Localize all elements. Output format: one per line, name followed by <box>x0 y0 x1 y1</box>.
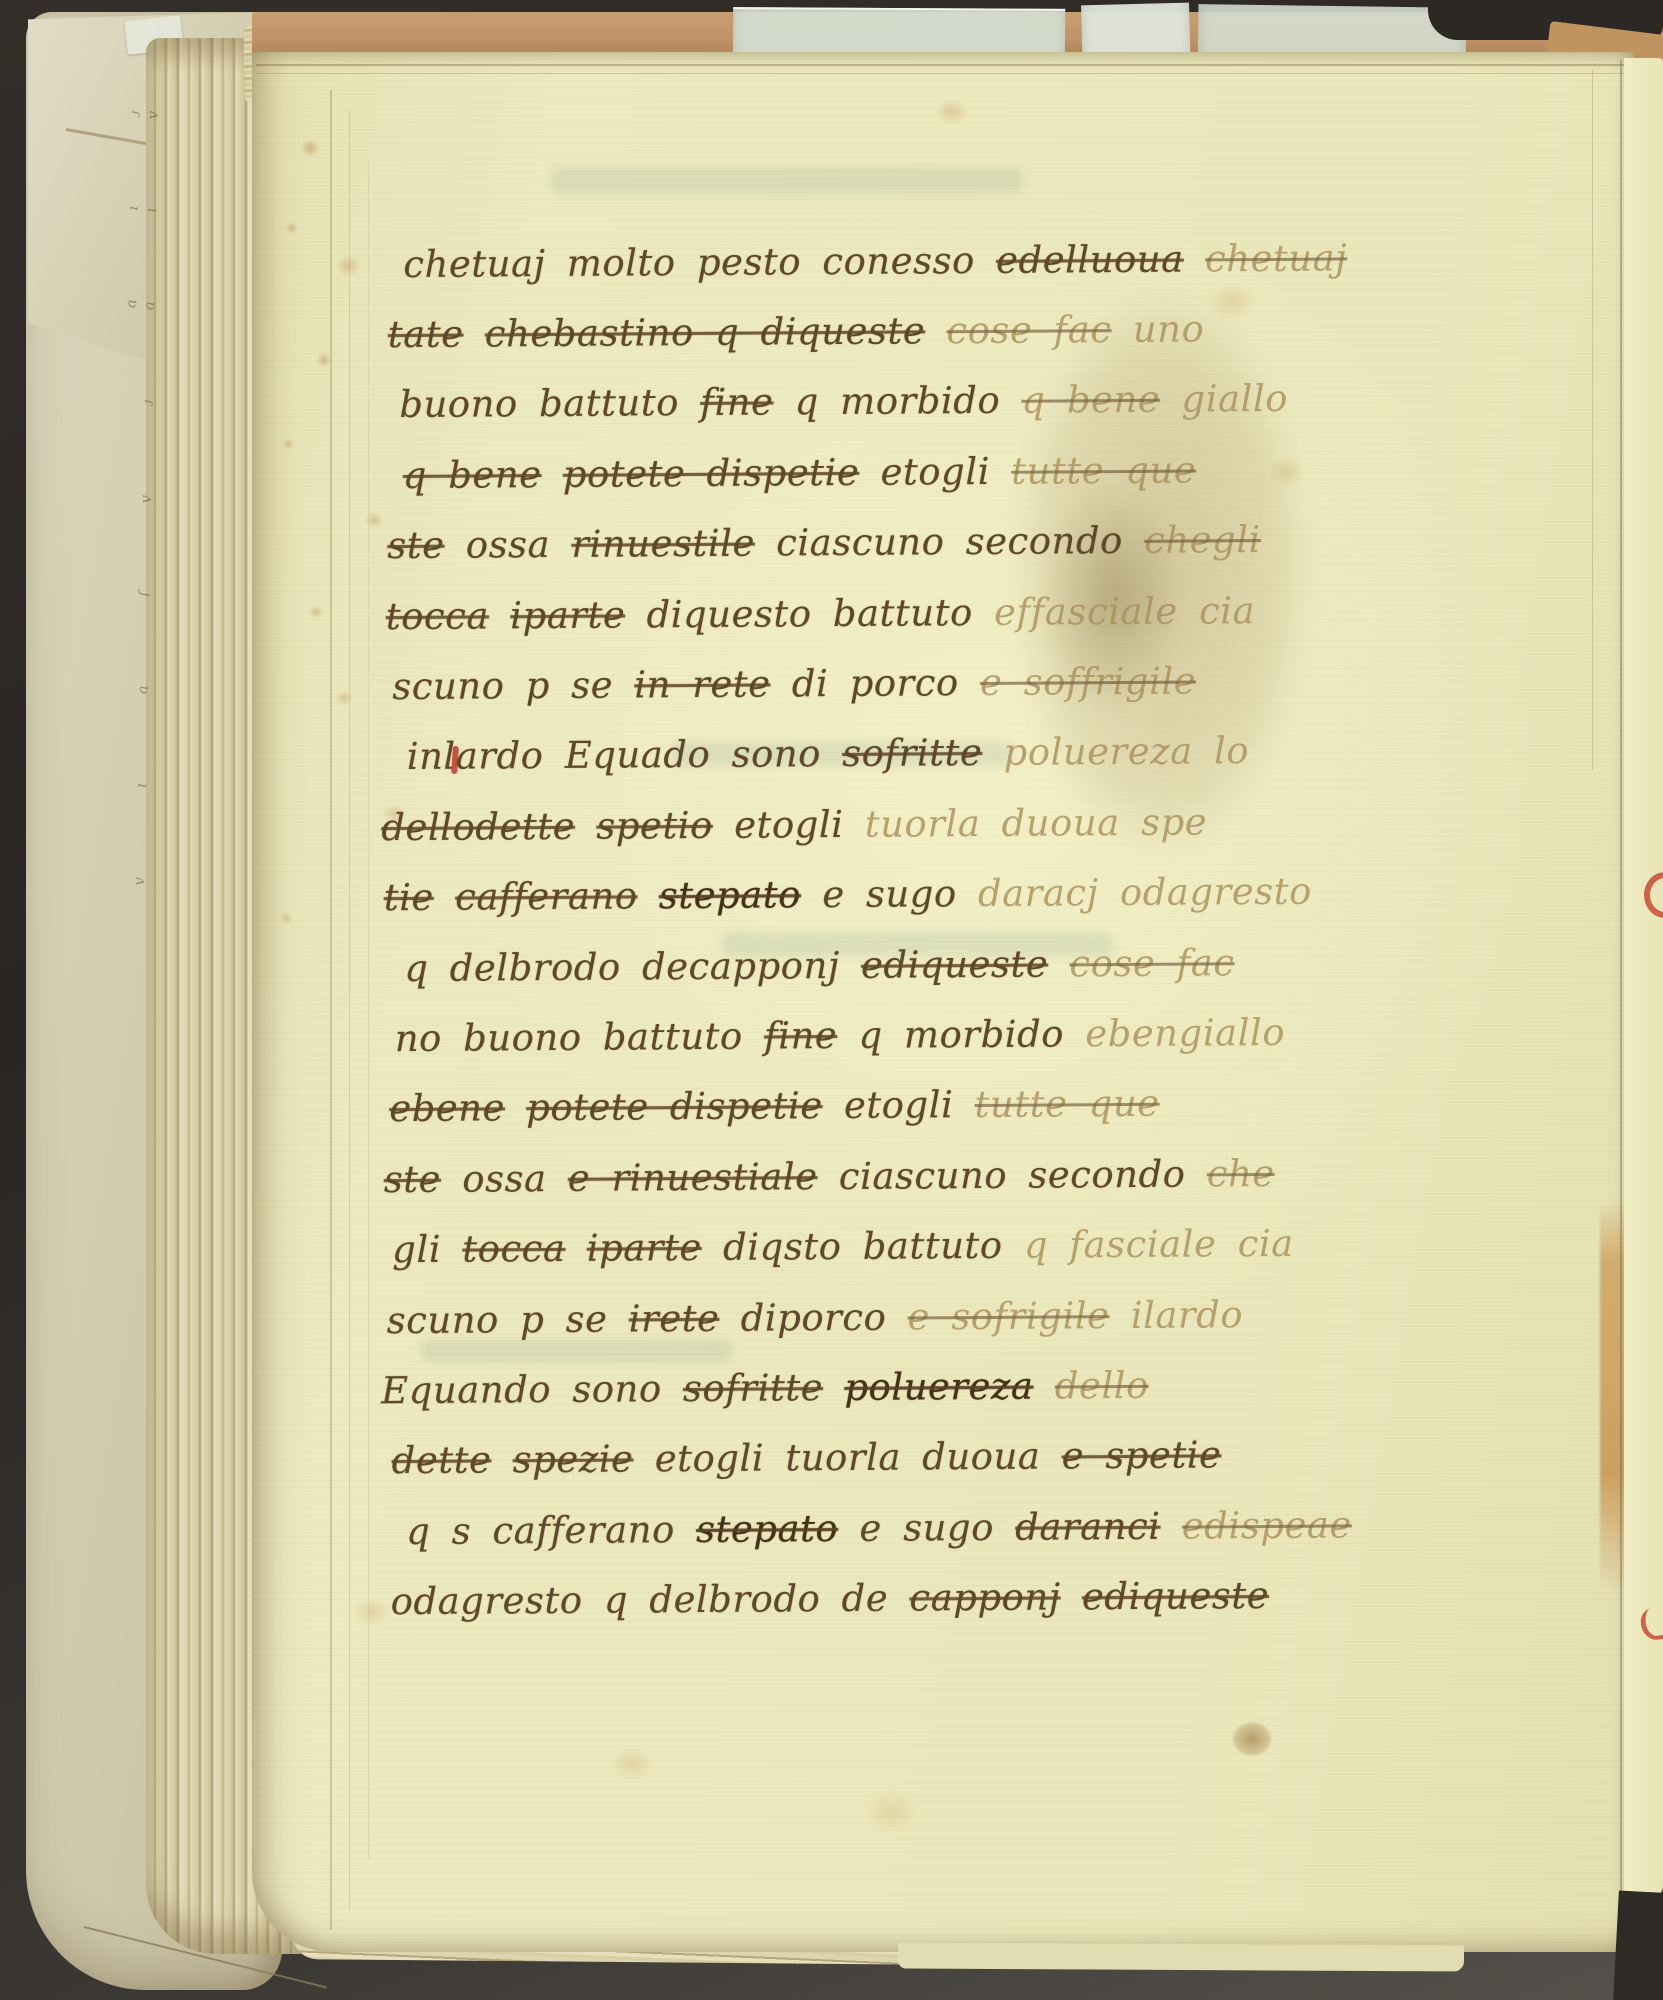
manuscript-line: gli tocca iparte diqsto battuto q fascia… <box>392 1208 1280 1285</box>
manuscript-word-segment: tocca <box>386 594 489 638</box>
manuscript-word-segment <box>575 804 597 847</box>
manuscript-word-segment: e soffrigile <box>980 660 1196 705</box>
manuscript-line: q delbrodo decapponj ediqueste cose fac <box>404 927 1278 1003</box>
manuscript-word-segment: q delbrodo decapponj <box>404 943 861 989</box>
manuscript-word-segment: ste <box>387 524 445 567</box>
gutter-fold-line <box>368 160 369 1860</box>
manuscript-word-segment <box>565 1227 587 1270</box>
manuscript-word-segment: giallo <box>1160 377 1288 421</box>
manuscript-line: ebene potete dispetie etogli tutte que <box>389 1068 1279 1145</box>
manuscript-word-segment: etogli tuorla duoua <box>633 1435 1061 1481</box>
manuscript-word-segment: stepato <box>659 873 801 917</box>
right-fold-crease <box>1592 70 1593 770</box>
manuscript-word-segment: e sugo <box>801 872 978 916</box>
manuscript-word-segment: spetio <box>596 804 713 848</box>
bottom-page-lip <box>898 1943 1464 1972</box>
manuscript-word-segment: ciascuno secondo <box>817 1152 1207 1198</box>
manuscript-word-segment: q fasciale cia <box>1024 1222 1294 1267</box>
manuscript-word-segment: dellodette <box>381 805 575 849</box>
manuscript-line: tie cafferano stepato e sugo daracj odag… <box>384 856 1278 933</box>
manuscript-line: scuno p se irete diporco e sofrigile ila… <box>386 1279 1280 1356</box>
manuscript-word-segment: diquesto battuto <box>625 591 994 637</box>
manuscript-word-segment: etogli <box>823 1083 975 1127</box>
manuscript-word-segment: iparte <box>587 1226 702 1270</box>
manuscript-word-segment: poluereza <box>844 1365 1033 1409</box>
manuscript-word-segment <box>463 313 485 356</box>
manuscript-line: Equando sono sofritte poluereza dello <box>381 1349 1281 1426</box>
manuscript-word-segment: tie <box>384 876 434 919</box>
manuscript-word-segment: edelluoua <box>996 237 1184 281</box>
manuscript-word-segment: iparte <box>510 593 625 637</box>
manuscript-word-segment: e spetie <box>1061 1434 1221 1478</box>
manuscript-line: dette spezie etogli tuorla duoua e speti… <box>391 1420 1281 1497</box>
manuscript-word-segment: potete dispetie <box>526 1084 823 1129</box>
manuscript-word-segment: ediqueste <box>1082 1574 1269 1618</box>
manuscript-word-segment: e sofrigile <box>907 1294 1109 1338</box>
manuscript-word-segment: irete <box>629 1296 720 1340</box>
manuscript-word-segment <box>982 731 1004 774</box>
manuscript-word-segment: fine <box>764 1014 838 1058</box>
horizontal-crease <box>256 73 1636 74</box>
manuscript-word-segment: che <box>1207 1152 1275 1195</box>
gutter-fold-line <box>330 90 332 1930</box>
manuscript-word-segment <box>925 309 947 352</box>
manuscript-line: tate chebastino q diqueste cose fac uno <box>388 293 1274 370</box>
manuscript-word-segment: ebengiallo <box>1085 1011 1285 1055</box>
manuscript-word-segment: diqsto battuto <box>702 1224 1024 1269</box>
manuscript-word-segment: rinuestile <box>571 522 755 566</box>
manuscript-word-segment: e rinuestiale <box>568 1155 818 1200</box>
manuscript-word-segment <box>1048 942 1070 985</box>
manuscript-line: chetuaj molto pesto conesso edelluoua ch… <box>403 223 1273 299</box>
manuscript-word-segment: ciascuno secondo <box>755 519 1145 565</box>
manuscript-word-segment: stepato <box>696 1507 838 1551</box>
manuscript-line: inlardo Equado sono sofritte poluereza l… <box>407 716 1277 792</box>
manuscript-word-segment <box>1160 1504 1182 1547</box>
bottom-right-gap <box>1613 1891 1663 2000</box>
manuscript-word-segment: poluereza lo <box>1003 730 1249 775</box>
manuscript-word-segment <box>1184 237 1206 280</box>
manuscript-word-segment: spezie <box>513 1438 634 1482</box>
manuscript-word-segment: q morbido <box>773 379 1021 424</box>
right-fold-crease <box>1620 60 1622 1920</box>
manuscript-word-segment: sofritte <box>842 731 982 775</box>
manuscript-word-segment: scuno p se <box>392 663 634 708</box>
ink-bleedthrough <box>552 168 1022 194</box>
manuscript-word-segment: ebene <box>389 1087 505 1131</box>
manuscript-word-segment: odagresto q delbrodo de <box>391 1577 910 1624</box>
manuscript-word-segment <box>489 594 511 637</box>
manuscript-word-segment: q morbido <box>837 1012 1085 1057</box>
manuscript-word-segment: e sugo <box>838 1505 1015 1549</box>
manuscript-word-segment: gli <box>392 1228 462 1271</box>
manuscript-word-segment: cose fac <box>946 308 1111 352</box>
manuscript-word-segment: potete dispetie <box>563 451 860 496</box>
manuscript-word-segment: etogli <box>713 803 865 847</box>
manuscript-line: dellodette spetio etogli tuorla duoua sp… <box>381 786 1277 863</box>
manuscript-word-segment: sofritte <box>683 1366 823 1410</box>
manuscript-word-segment: effasciale cia <box>994 589 1255 634</box>
manuscript-word-segment: cafferano <box>455 875 638 919</box>
manuscript-photo: ʌ ı ʋ ɾ ʌ ȷ ʋ ı ʌ ɾ ı ʋ chetuaj molto pe… <box>0 0 1663 2000</box>
manuscript-word-segment: chegli <box>1144 518 1261 562</box>
manuscript-word-segment: q s cafferano <box>406 1508 696 1553</box>
manuscript-word-segment: in rete <box>634 662 771 706</box>
manuscript-word-segment: ediqueste <box>861 942 1048 986</box>
manuscript-word-segment: buono battuto <box>399 381 700 426</box>
horizontal-crease <box>256 64 1656 66</box>
manuscript-word-segment: chetuaj <box>1205 236 1347 280</box>
manuscript-word-segment: tutte que <box>974 1082 1159 1126</box>
gutter-fold-line <box>349 110 350 1910</box>
manuscript-word-segment: dello <box>1055 1364 1149 1408</box>
manuscript-word-segment: no buono battuto <box>395 1015 765 1061</box>
manuscript-word-segment: q bene <box>403 453 542 497</box>
manuscript-word-segment: edispeae <box>1182 1503 1352 1547</box>
manuscript-word-segment: di porco <box>770 661 980 705</box>
manuscript-line: q s cafferano stepato e sugo daranci edi… <box>406 1490 1282 1567</box>
manuscript-word-segment: uno <box>1111 308 1204 352</box>
manuscript-word-segment <box>505 1087 527 1130</box>
manuscript-word-segment <box>637 874 659 917</box>
manuscript-word-segment <box>823 1366 845 1409</box>
manuscript-word-segment <box>491 1439 513 1482</box>
manuscript-line: buono battuto fine q morbido q bene gial… <box>399 364 1274 440</box>
manuscript-word-segment: capponj <box>909 1576 1061 1620</box>
manuscript-word-segment <box>1061 1575 1083 1618</box>
manuscript-word-segment: diporco <box>719 1295 907 1339</box>
manuscript-word-segment: daracj odagresto <box>978 870 1312 915</box>
manuscript-word-segment: tocca <box>462 1227 565 1271</box>
manuscript-word-segment: ossa <box>444 523 571 567</box>
manuscript-word-segment: ilardo <box>1109 1293 1243 1337</box>
manuscript-word-segment: tate <box>388 313 464 357</box>
manuscript-word-segment: scuno p se <box>387 1297 629 1342</box>
manuscript-line: scuno p se in rete di porco e soffrigile <box>392 645 1276 722</box>
manuscript-line: q bene potete dispetie etogli tutte que <box>403 434 1275 510</box>
manuscript-line: tocca iparte diquesto battuto effasciale… <box>386 575 1276 652</box>
manuscript-word-segment: ossa <box>441 1157 568 1201</box>
manuscript-word-segment: q bene <box>1021 378 1160 422</box>
manuscript-word-segment: chebastino q diqueste <box>485 309 926 355</box>
manuscript-line: odagresto q delbrodo de capponj ediquest… <box>390 1560 1282 1637</box>
text-block: chetuaj molto pesto conesso edelluoua ch… <box>393 223 1283 1637</box>
manuscript-word-segment: tuorla duoua spe <box>865 800 1208 845</box>
manuscript-line: ste ossa rinuestile ciascuno secondo che… <box>387 505 1275 582</box>
manuscript-word-segment: ste <box>384 1158 442 1201</box>
manuscript-word-segment <box>434 876 456 919</box>
manuscript-word-segment: daranci <box>1015 1504 1161 1548</box>
manuscript-word-segment: tutte que <box>1011 448 1196 492</box>
manuscript-word-segment <box>1033 1364 1055 1407</box>
manuscript-line: ste ossa e rinuestiale ciascuno secondo … <box>383 1138 1279 1215</box>
manuscript-word-segment: etogli <box>859 450 1011 494</box>
manuscript-word-segment <box>541 453 563 496</box>
manuscript-word-segment: cose fac <box>1069 941 1234 985</box>
manuscript-word-segment: Equando sono <box>381 1367 683 1412</box>
manuscript-line: no buono battuto fine q morbido ebengial… <box>395 997 1279 1074</box>
manuscript-word-segment: fine <box>700 381 774 425</box>
manuscript-word-segment: dette <box>392 1439 492 1483</box>
manuscript-word-segment: chetuaj molto pesto conesso <box>403 239 996 286</box>
round-stain <box>1228 1718 1276 1760</box>
manuscript-word-segment: inlardo Equado sono <box>407 732 843 778</box>
